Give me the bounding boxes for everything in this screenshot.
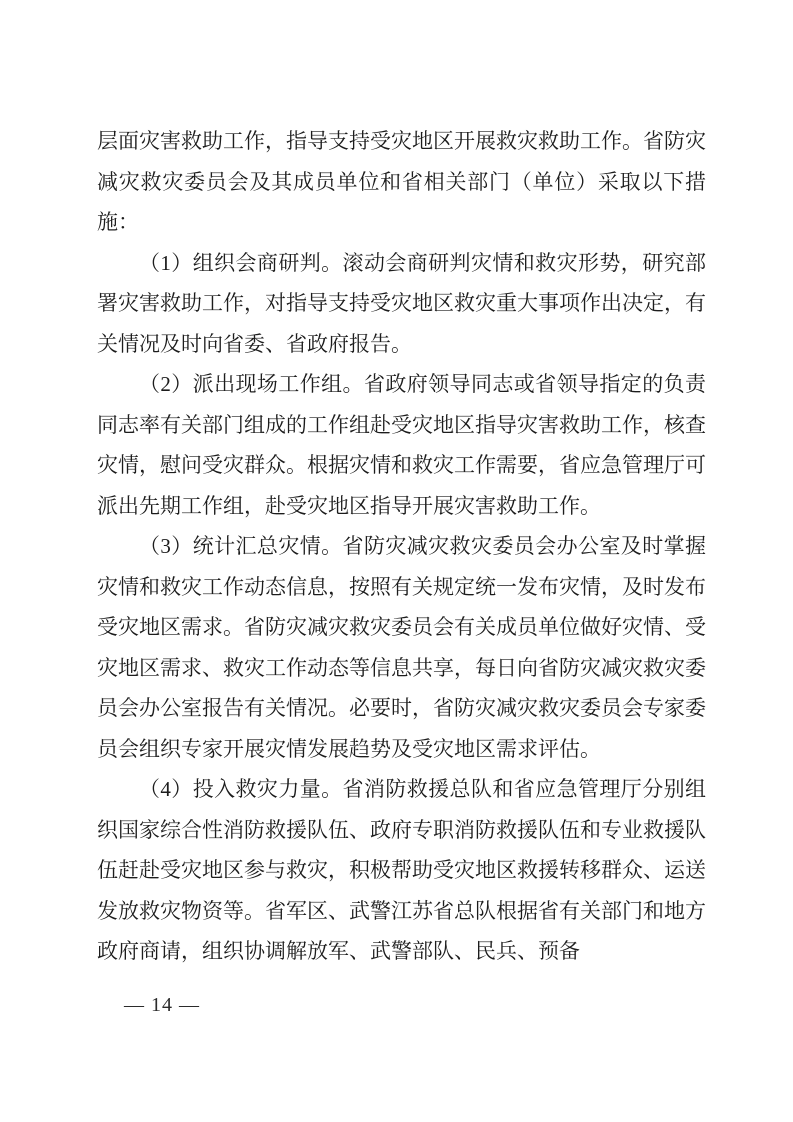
paragraph-continuation: 层面灾害救助工作，指导支持受灾地区开展救灾救助工作。省防灾减灾救灾委员会及其成员… bbox=[97, 121, 706, 243]
paragraph-item-1: （1）组织会商研判。滚动会商研判灾情和救灾形势，研究部署灾害救助工作，对指导支持… bbox=[97, 243, 706, 365]
page-number-footer: — 14 — bbox=[124, 992, 200, 1018]
body-text: 层面灾害救助工作，指导支持受灾地区开展救灾救助工作。省防灾减灾救灾委员会及其成员… bbox=[97, 121, 706, 972]
paragraph-item-3: （3）统计汇总灾情。省防灾减灾救灾委员会办公室及时掌握灾情和救灾工作动态信息，按… bbox=[97, 526, 706, 769]
paragraph-item-2: （2）派出现场工作组。省政府领导同志或省领导指定的负责同志率有关部门组成的工作组… bbox=[97, 364, 706, 526]
document-page: 层面灾害救助工作，指导支持受灾地区开展救灾救助工作。省防灾减灾救灾委员会及其成员… bbox=[0, 0, 793, 1122]
paragraph-item-4: （4）投入救灾力量。省消防救援总队和省应急管理厅分别组织国家综合性消防救援队伍、… bbox=[97, 769, 706, 972]
